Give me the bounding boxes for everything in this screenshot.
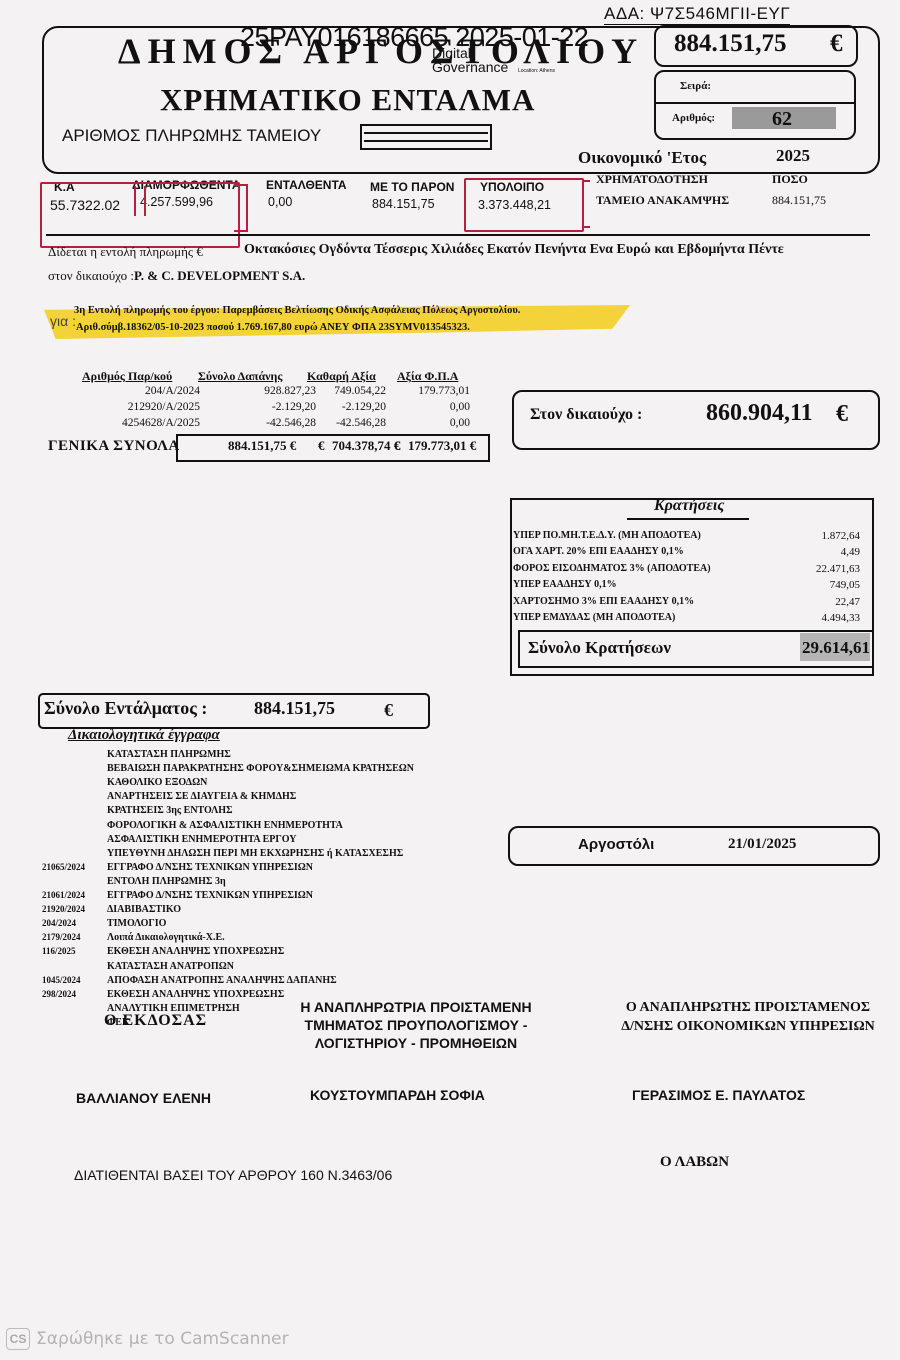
document-name: ΚΑΤΑΣΤΑΣΗ ΠΛΗΡΩΜΗΣ [107,749,231,760]
title-line: ΤΜΗΜΑΤΟΣ ΠΡΟΥΠΟΛΟΓΙΣΜΟΥ - [286,1016,546,1034]
deduction-amount: 22,47 [760,596,860,608]
document-ref: 116/2025 [42,946,96,956]
issue-date: 21/01/2025 [728,836,796,853]
stamp-location: Location: Athens [518,68,555,74]
deductions-total-label: Σύνολο Κρατήσεων [528,638,671,658]
deduction-label: ΧΑΡΤΟΣΗΜΟ 3% ΕΠΙ ΕΑΑΔΗΣΥ 0,1% [513,596,694,607]
deductions-title: Κρατήσεις [654,497,724,515]
euro-icon: € [836,401,848,428]
amount-in-words: Οκτακόσιες Ογδόντα Τέσσερις Χιλιάδες Εκα… [244,242,784,258]
digital-governance-stamp: Digital Governance [432,46,508,74]
pen-mark-tick [134,186,146,216]
document-name: Λοιπά Δικαιολογητικά-Χ.Ε. [107,932,225,943]
signatory-name-issuer: ΒΑΛΛΙΑΝΟΥ ΕΛΕΝΗ [76,1090,211,1106]
document-title: ΧΡΗΜΑΤΙΚΟ ΕΝΤΑΛΜΑ [160,82,535,118]
stamp-line-2: Governance [432,60,508,74]
document-name: ΑΣΦΑΛΙΣΤΙΚΗ ΕΝΗΜΕΡΟΤΗΤΑ ΕΡΓΟΥ [107,834,296,845]
pen-mark-bracket [234,184,248,232]
budget-funding-amount: 884.151,75 [772,193,826,208]
deduction-amount: 4.494,33 [760,612,860,624]
document-ref: 298/2024 [42,989,96,999]
document-name: ΕΝΤΟΛΗ ΠΛΗΡΩΜΗΣ 3η [107,876,226,887]
ada-code: ΑΔΑ: Ψ7Σ546ΜΓΙΙ-ΕΥΓ [604,4,790,25]
divider [46,234,870,236]
deduction-label: ΥΠΕΡ ΠΟ.ΜΗ.Τ.Ε.Δ.Υ. (ΜΗ ΑΠΟΔΟΤΕΑ) [513,530,701,541]
document-name: ΒΕΒΑΙΩΣΗ ΠΑΡΑΚΡΑΤΗΣΗΣ ΦΟΡΟΥ&ΣΗΜΕΙΩΜΑ ΚΡΑ… [107,763,414,774]
total-vat-prefix: € [394,438,404,454]
invoice-header-net: Καθαρή Αξία [307,369,376,384]
title-line: ΛΟΓΙΣΤΗΡΙΟΥ - ΠΡΟΜΗΘΕΙΩΝ [286,1034,546,1052]
budget-header-current: ΜΕ ΤΟ ΠΑΡΟΝ [370,180,454,194]
document-name: ΑΠΟΦΑΣΗ ΑΝΑΤΡΟΠΗΣ ΑΝΑΛΗΨΗΣ ΔΑΠΑΝΗΣ [107,975,337,986]
deduction-amount: 749,05 [760,579,860,591]
title-line: Η ΑΝΑΠΛΗΡΩΤΡΙΑ ΠΡΟΙΣΤΑΜΕΝΗ [286,998,546,1016]
invoice-header-number: Αριθμός Παρ/κού [82,369,172,384]
supporting-docs-title: Δικαιολογητικά έγγραφα [68,727,220,744]
beneficiary-label: στον δικαιούχο : [48,268,134,283]
purpose-line-2: Αριθ.σύμβ.18362/05-10-2023 ποσού 1.769.1… [76,322,470,333]
total-net-prefix: € [318,438,328,454]
camscanner-watermark: Σαρώθηκε με το CamScanner [36,1329,289,1349]
document-ref: 2179/2024 [42,932,96,942]
document-ref: 21065/2024 [42,862,96,872]
budget-header-funding: ΧΡΗΜΑΤΟΔΟΤΗΣΗ [596,172,708,187]
invoice-cell: -42.546,28 [336,417,386,429]
deduction-amount: 1.872,64 [760,530,860,542]
total-net: 704.378,74 € [332,438,400,454]
deduction-label: ΥΠΕΡ ΕΑΑΔΗΣΥ 0,1% [513,579,617,590]
deduction-label: ΦΟΡΟΣ ΕΙΣΟΔΗΜΑΤΟΣ 3% (ΑΠΟΔΟΤΕΑ) [513,563,711,574]
totals-label: ΓΕΝΙΚΑ ΣΥΝΟΛΑ [48,438,180,455]
beneficiary-amount: 860.904,11 [706,400,813,427]
document-name: ΤΙΜΟΛΟΓΙΟ [107,918,166,929]
invoice-cell: 0,00 [450,401,470,413]
header-amount: 884.151,75 [674,30,787,58]
document-name: ΚΑΤΑΣΤΑΣΗ ΑΝΑΤΡΟΠΩΝ [107,961,234,972]
invoice-cell: 212920/Α/2025 [128,401,200,413]
invoice-header-total: Σύνολο Δαπάνης [198,369,282,384]
number-label: Αριθμός: [672,112,715,124]
invoice-cell: -2.129,20 [272,401,316,413]
invoice-cell: 749.054,22 [334,385,386,397]
total-expense: 884.151,75 € [228,438,296,454]
fiscal-year: 2025 [776,146,810,166]
title-line: Ο ΑΝΑΠΛΗΡΩΤΗΣ ΠΡΟΙΣΤΑΜΕΝΟΣ [598,998,898,1017]
total-vat: 179.773,01 € [408,438,476,454]
warrant-total-label: Σύνολο Εντάλματος : [44,698,207,719]
warrant-total: 884.151,75 [254,698,335,719]
city: Αργοστόλι [578,836,654,853]
legal-note: ΔΙΑΤΙΘΕΝΤΑΙ ΒΑΣΕΙ ΤΟΥ ΑΡΘΡΟΥ 160 Ν.3463/… [74,1167,392,1183]
document-ref: 1045/2024 [42,975,96,985]
pen-mark-bracket-2 [582,180,590,228]
euro-icon: € [384,700,393,721]
place-date-box [508,826,880,866]
purpose-label: για : [50,313,76,329]
document-ref: 21920/2024 [42,904,96,914]
document-name: ΕΚΘΕΣΗ ΑΝΑΛΗΨΗΣ ΥΠΟΧΡΕΩΣΗΣ [107,989,284,1000]
invoice-cell: 179.773,01 [418,385,470,397]
invoice-cell: 204/Α/2024 [145,385,200,397]
invoice-cell: 0,00 [450,417,470,429]
beneficiary-name: P. & C. DEVELOPMENT S.A. [134,268,305,283]
invoice-cell: -2.129,20 [342,401,386,413]
deduction-amount: 22.471,63 [760,563,860,575]
title-line: Δ/ΝΣΗΣ ΟΙΚΟΝΟΜΙΚΩΝ ΥΠΗΡΕΣΙΩΝ [598,1017,898,1036]
divider [627,518,749,520]
invoice-cell: 4254628/Α/2025 [122,417,200,429]
deduction-amount: 4,49 [760,546,860,558]
camscanner-icon: CS [6,1328,30,1350]
warrant-number: 62 [772,108,792,131]
document-name: ΔΙΑΒΙΒΑΣΤΙΚΟ [107,904,181,915]
divider [654,102,854,104]
invoice-cell: -42.546,28 [266,417,316,429]
payment-number-field [360,124,492,150]
signatory-name-middle: ΚΟΥΣΤΟΥΜΠΑΡΔΗ ΣΟΦΙΑ [310,1087,485,1103]
issuer-label: Ο ΕΚΔΟΣΑΣ [104,1012,207,1030]
document-ref: 21061/2024 [42,890,96,900]
budget-funding-source: ΤΑΜΕΙΟ ΑΝΑΚΑΜΨΗΣ [596,193,729,208]
signatory-title-right: Ο ΑΝΑΠΛΗΡΩΤΗΣ ΠΡΟΙΣΤΑΜΕΝΟΣ Δ/ΝΣΗΣ ΟΙΚΟΝΟ… [598,998,898,1036]
document-name: ΑΝΑΡΤΗΣΕΙΣ ΣΕ ΔΙΑΥΓΕΙΑ & ΚΗΜΔΗΣ [107,791,296,802]
signatory-name-right: ΓΕΡΑΣΙΜΟΣ Ε. ΠΑΥΛΑΤΟΣ [632,1087,805,1103]
document-name: ΚΑΘΟΛΙΚΟ ΕΞΟΔΩΝ [107,777,207,788]
document-name: ΕΚΘΕΣΗ ΑΝΑΛΗΨΗΣ ΥΠΟΧΡΕΩΣΗΣ [107,946,284,957]
document-name: ΥΠΕΥΘΥΝΗ ΔΗΛΩΣΗ ΠΕΡΙ ΜΗ ΕΚΧΩΡΗΣΗΣ ή ΚΑΤΑ… [107,848,403,859]
signatory-title-middle: Η ΑΝΑΠΛΗΡΩΤΡΙΑ ΠΡΟΙΣΤΑΜΕΝΗ ΤΜΗΜΑΤΟΣ ΠΡΟΥ… [286,998,546,1052]
pen-mark-box-2 [464,178,584,232]
beneficiary-line: στον δικαιούχο :P. & C. DEVELOPMENT S.A. [48,268,305,284]
invoice-cell: 928.827,23 [264,385,316,397]
budget-current: 884.151,75 [372,197,435,211]
invoice-header-vat: Αξία Φ.Π.Α [397,369,458,384]
fiscal-year-label: Οικονομικό 'Ετος [578,148,706,168]
beneficiary-amount-label: Στον δικαιούχο : [530,406,642,424]
euro-icon: € [830,30,843,58]
deduction-label: ΟΓΑ ΧΑΡΤ. 20% ΕΠΙ ΕΑΑΔΗΣΥ 0,1% [513,546,684,557]
receiver-label: Ο ΛΑΒΩΝ [660,1154,729,1171]
deductions-total: 29.614,61 [802,638,870,658]
document-name: ΚΡΑΤΗΣΕΙΣ 3ης ΕΝΤΟΛΗΣ [107,805,233,816]
document-ref: 204/2024 [42,918,96,928]
budget-header-ordered: ΕΝΤΑΛΘΕΝΤΑ [266,178,347,192]
payment-number-label: ΑΡΙΘΜΟΣ ΠΛΗΡΩΜΗΣ ΤΑΜΕΙΟΥ [62,126,321,146]
budget-header-amount: ΠΟΣΟ [772,172,808,187]
stamp-line-1: Digital [432,46,508,60]
payment-order-label: Δίδεται η εντολή πληρωμής € [48,244,203,260]
document-name: ΕΓΓΡΑΦΟ Δ/ΝΣΗΣ ΤΕΧΝΙΚΩΝ ΥΠΗΡΕΣΙΩΝ [107,862,313,873]
digital-stamp-code: 25PAY016186665 2025-01-22 [240,22,588,53]
series-label: Σειρά: [680,80,711,92]
document-name: ΦΟΡΟΛΟΓΙΚΗ & ΑΣΦΑΛΙΣΤΙΚΗ ΕΝΗΜΕΡΟΤΗΤΑ [107,820,343,831]
deduction-label: ΥΠΕΡ ΕΜΔΥΔΑΣ (ΜΗ ΑΠΟΔΟΤΕΑ) [513,612,675,623]
purpose-line-1: 3η Εντολή πληρωμής του έργου: Παρεμβάσει… [74,305,520,316]
document-name: ΕΓΓΡΑΦΟ Δ/ΝΣΗΣ ΤΕΧΝΙΚΩΝ ΥΠΗΡΕΣΙΩΝ [107,890,313,901]
budget-ordered: 0,00 [268,195,292,209]
